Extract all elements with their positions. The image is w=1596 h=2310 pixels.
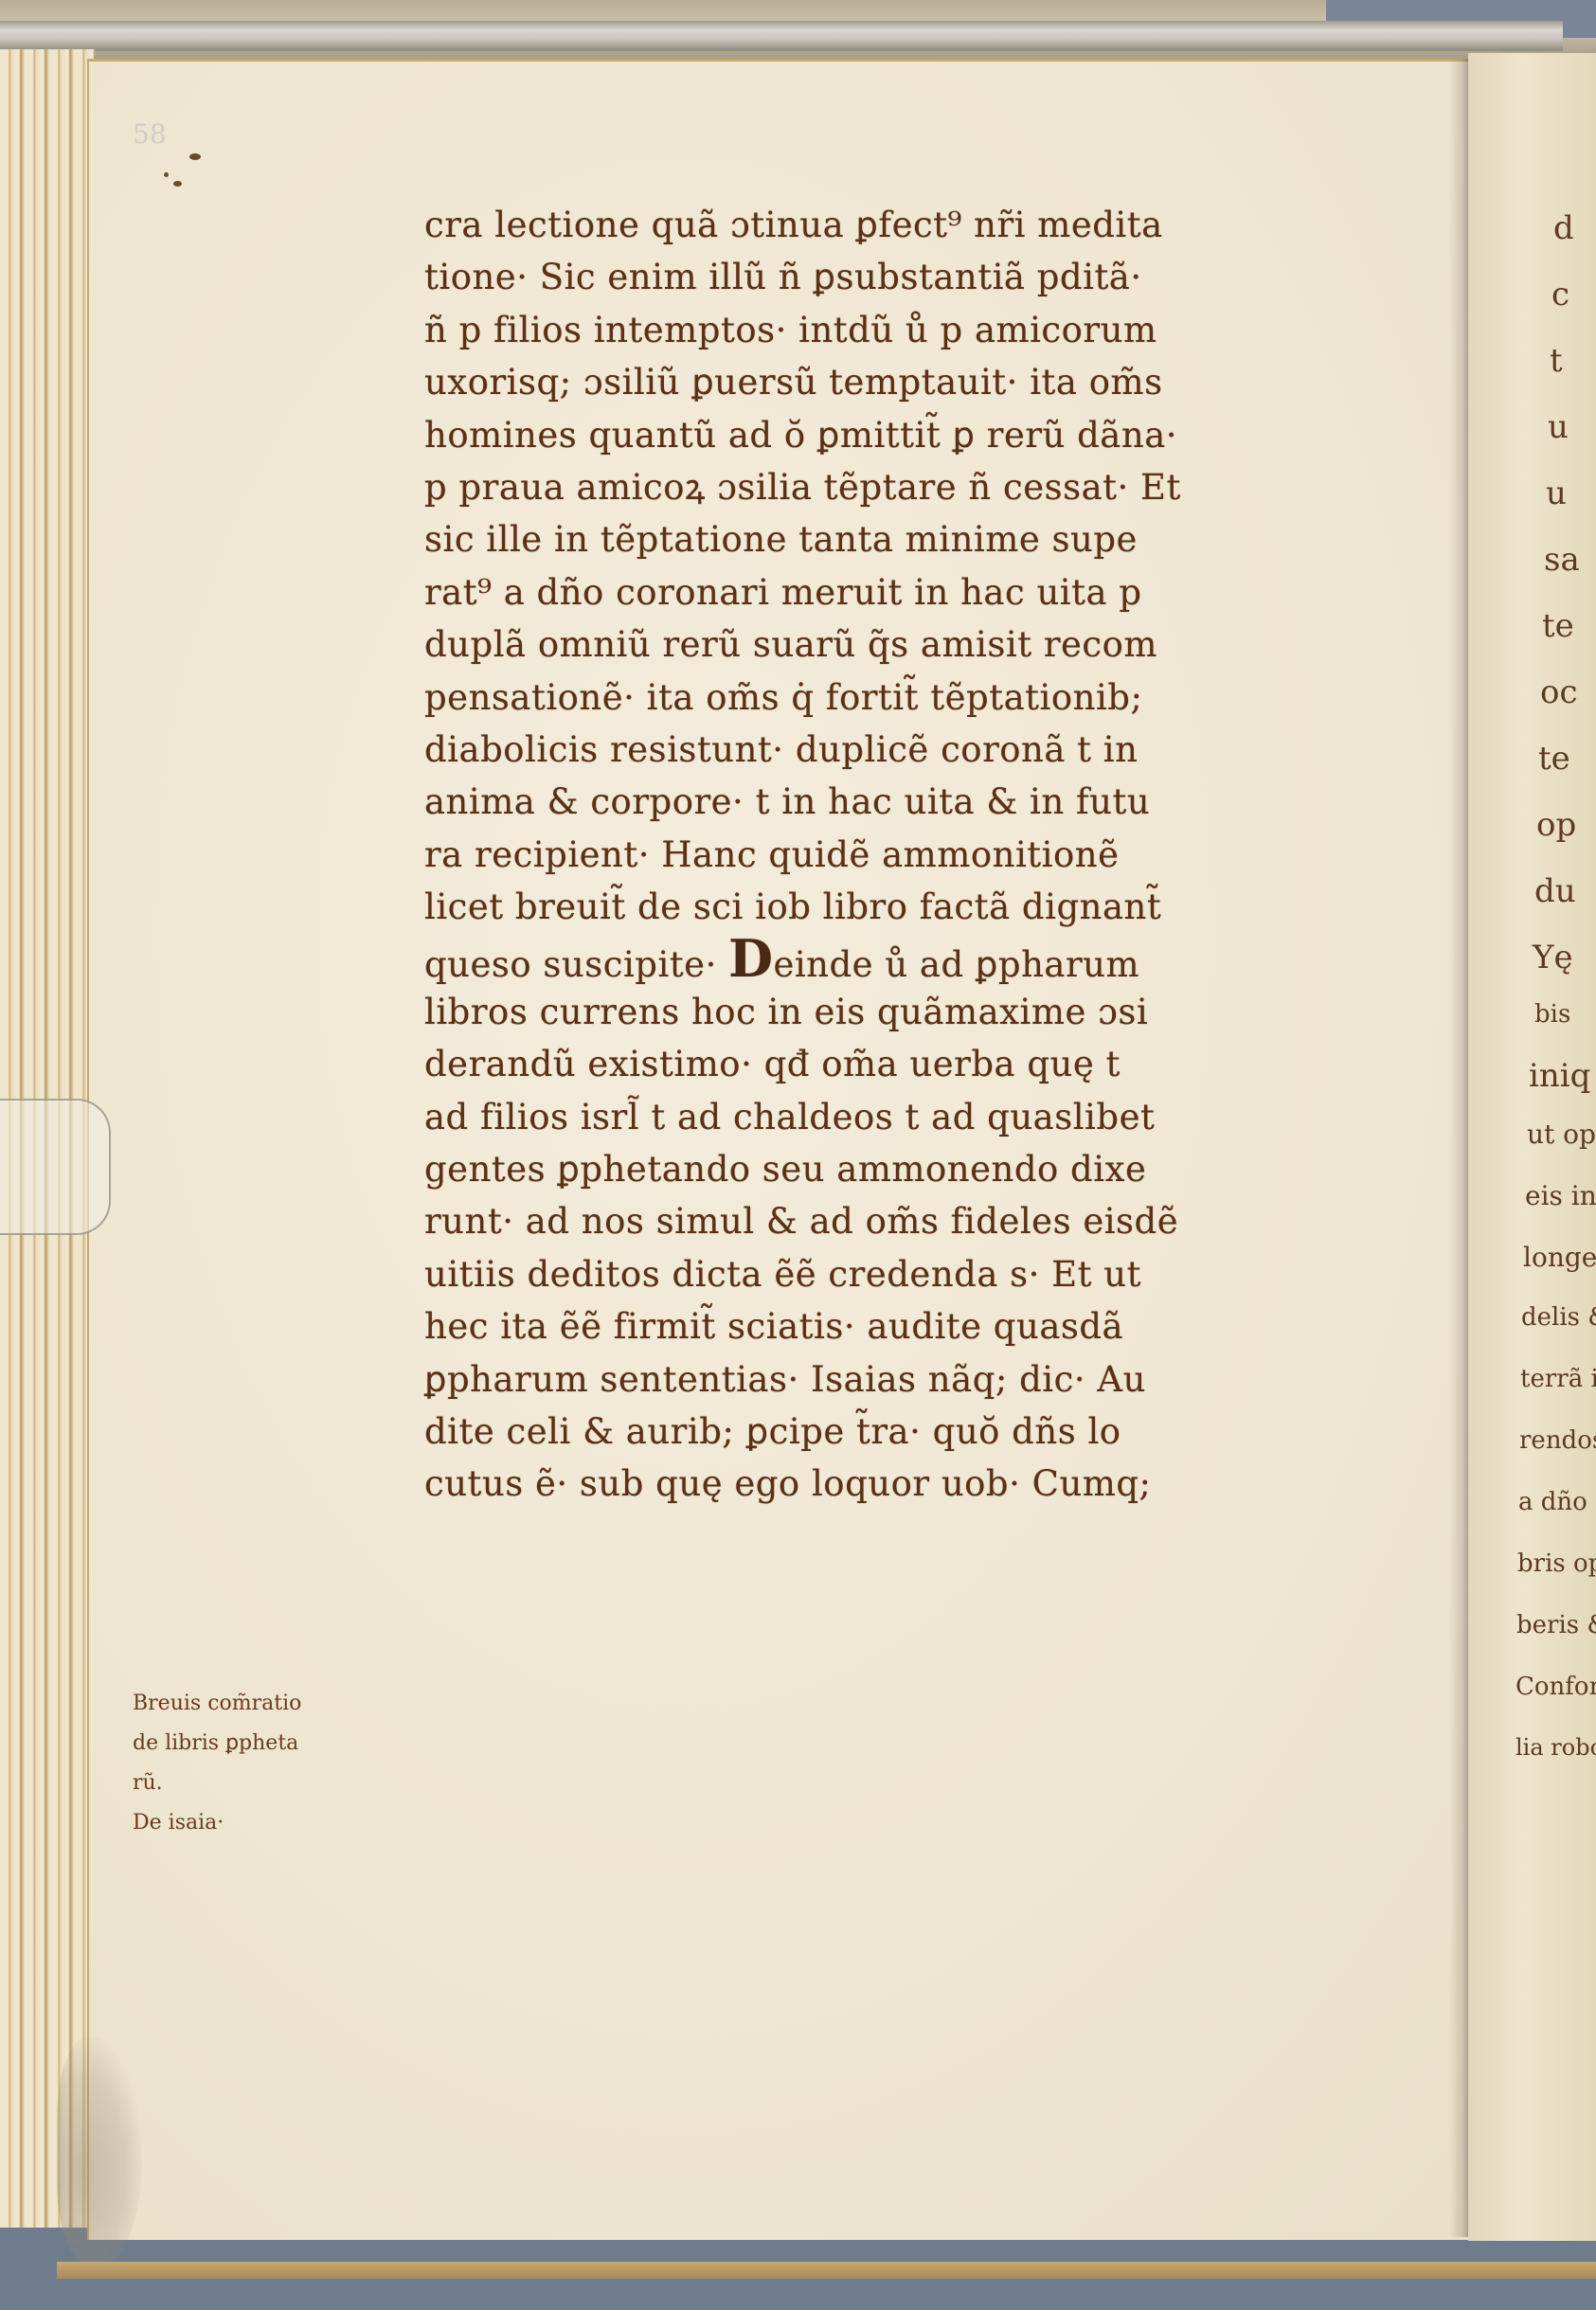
facing-page-line: u bbox=[1546, 475, 1567, 512]
text-line: uitiis deditos dicta ẽẽ credenda s· Et u… bbox=[424, 1248, 1466, 1300]
facing-page-line: op bbox=[1536, 806, 1576, 844]
text-line: anima & corpore· t in hac uita & in futu bbox=[424, 776, 1466, 828]
facing-page-line: lia robora bbox=[1515, 1734, 1596, 1761]
facing-page-line: delis & bbox=[1521, 1303, 1596, 1332]
text-line: dite celi & aurib; ꝑcipe t̃ra· quŏ dñs l… bbox=[424, 1406, 1466, 1458]
facing-page-line: rendos bbox=[1519, 1426, 1596, 1455]
facing-page-line: ut op bbox=[1527, 1119, 1596, 1150]
marginal-note-line: de libris ꝑpheta bbox=[133, 1724, 417, 1764]
text-line: p praua amicoꝝ ɔsilia tẽptare ñ cessat· … bbox=[424, 461, 1466, 513]
facing-page-line: te bbox=[1538, 740, 1570, 778]
text-line-with-initial: queso suscipite· Deinde ů ad ꝑpharum bbox=[424, 933, 1466, 985]
facing-page-line: beris & bbox=[1516, 1611, 1596, 1639]
main-text-block: cra lectione quã ɔtinua ꝑfect⁹ nr̃i medi… bbox=[424, 199, 1466, 1511]
facing-page-line: eis in bbox=[1525, 1180, 1596, 1211]
facing-page-line: Confortat bbox=[1515, 1673, 1596, 1701]
marginal-note: Breuis com̃ratio de libris ꝑpheta rũ. De… bbox=[133, 1684, 417, 1843]
text-line: derandũ existimo· qđ om̃a uerba quę t bbox=[424, 1038, 1466, 1090]
facing-page-line: te bbox=[1542, 607, 1574, 645]
facing-page-line: Yę bbox=[1533, 939, 1573, 976]
text-line: runt· ad nos simul & ad om̃s fideles eis… bbox=[424, 1195, 1466, 1247]
text-line: ad filios isrl̃ t ad chaldeos t ad quasl… bbox=[424, 1091, 1466, 1143]
decorated-initial: D bbox=[728, 928, 773, 989]
facing-page-line: d bbox=[1553, 209, 1574, 247]
top-page-edges bbox=[0, 21, 1563, 51]
text-line: ñ p filios intemptos· intdũ ů p amicorum bbox=[424, 304, 1466, 356]
ink-spots bbox=[161, 150, 199, 188]
facing-page-line: sa bbox=[1544, 541, 1580, 579]
facing-page-line: t bbox=[1550, 342, 1563, 380]
facing-page-line: a dño a bbox=[1518, 1488, 1596, 1516]
facing-page-line: iniq bbox=[1529, 1057, 1590, 1095]
text-line: rat⁹ a dño coronari meruit in hac uita p bbox=[424, 566, 1466, 618]
text-line: hec ita ẽẽ firmit̃ sciatis· audite quasd… bbox=[424, 1300, 1466, 1352]
facing-page-line: u bbox=[1548, 408, 1569, 446]
text-line: ra recipient· Hanc quidẽ ammonitionẽ bbox=[424, 829, 1466, 881]
marginal-note-line: Breuis com̃ratio bbox=[133, 1684, 417, 1724]
text-line: pensationẽ· ita om̃s q̇ fortit̃ tẽptatio… bbox=[424, 672, 1466, 724]
page-clip bbox=[0, 1099, 111, 1235]
text-line: ꝑpharum sententias· Isaias nãq; dic· Au bbox=[424, 1353, 1466, 1406]
text-line: cra lectione quã ɔtinua ꝑfect⁹ nr̃i medi… bbox=[424, 199, 1466, 251]
faded-folio-number: 58 bbox=[133, 118, 167, 150]
facing-page: d c t u u sa te oc te op du Yę bis iniq … bbox=[1468, 53, 1596, 2241]
facing-page-line: du bbox=[1534, 872, 1576, 910]
text-line: tione· Sic enim illũ ñ ꝑsubstantiã pditã… bbox=[424, 251, 1466, 303]
text-line: sic ille in tẽptatione tanta minime supe bbox=[424, 513, 1466, 565]
facing-page-line: bis bbox=[1534, 1000, 1570, 1029]
text-line: libros currens hoc in eis quãmaxime ɔsi bbox=[424, 986, 1466, 1038]
marginal-note-line: De isaia· bbox=[133, 1803, 417, 1843]
text-line: diabolicis resistunt· duplicẽ coronã t i… bbox=[424, 724, 1466, 776]
text-line: licet breuit̃ de sci iob libro factã dig… bbox=[424, 881, 1466, 933]
facing-page-line: longe bbox=[1523, 1242, 1596, 1273]
text-line: duplã omniũ rerũ suarũ q̃s amisit recom bbox=[424, 618, 1466, 671]
facing-page-line: bris ope bbox=[1517, 1549, 1596, 1578]
facing-page-line: oc bbox=[1540, 673, 1578, 711]
text-line: gentes ꝑphetando seu ammonendo dixe bbox=[424, 1143, 1466, 1195]
bottom-page-edge bbox=[57, 2262, 1596, 2279]
facing-page-line: c bbox=[1551, 276, 1569, 313]
facing-page-line: terrã in bbox=[1520, 1365, 1596, 1393]
text-line: homines quantũ ad ŏ ꝑmittit̃ ꝑ rerũ dãna… bbox=[424, 409, 1466, 461]
marginal-note-line: rũ. bbox=[133, 1764, 417, 1803]
text-line: cutus ẽ· sub quę ego loquor uob· Cumq; bbox=[424, 1458, 1466, 1510]
text-line: uxorisq; ɔsiliũ ꝑuersũ temptauit· ita om… bbox=[424, 356, 1466, 408]
